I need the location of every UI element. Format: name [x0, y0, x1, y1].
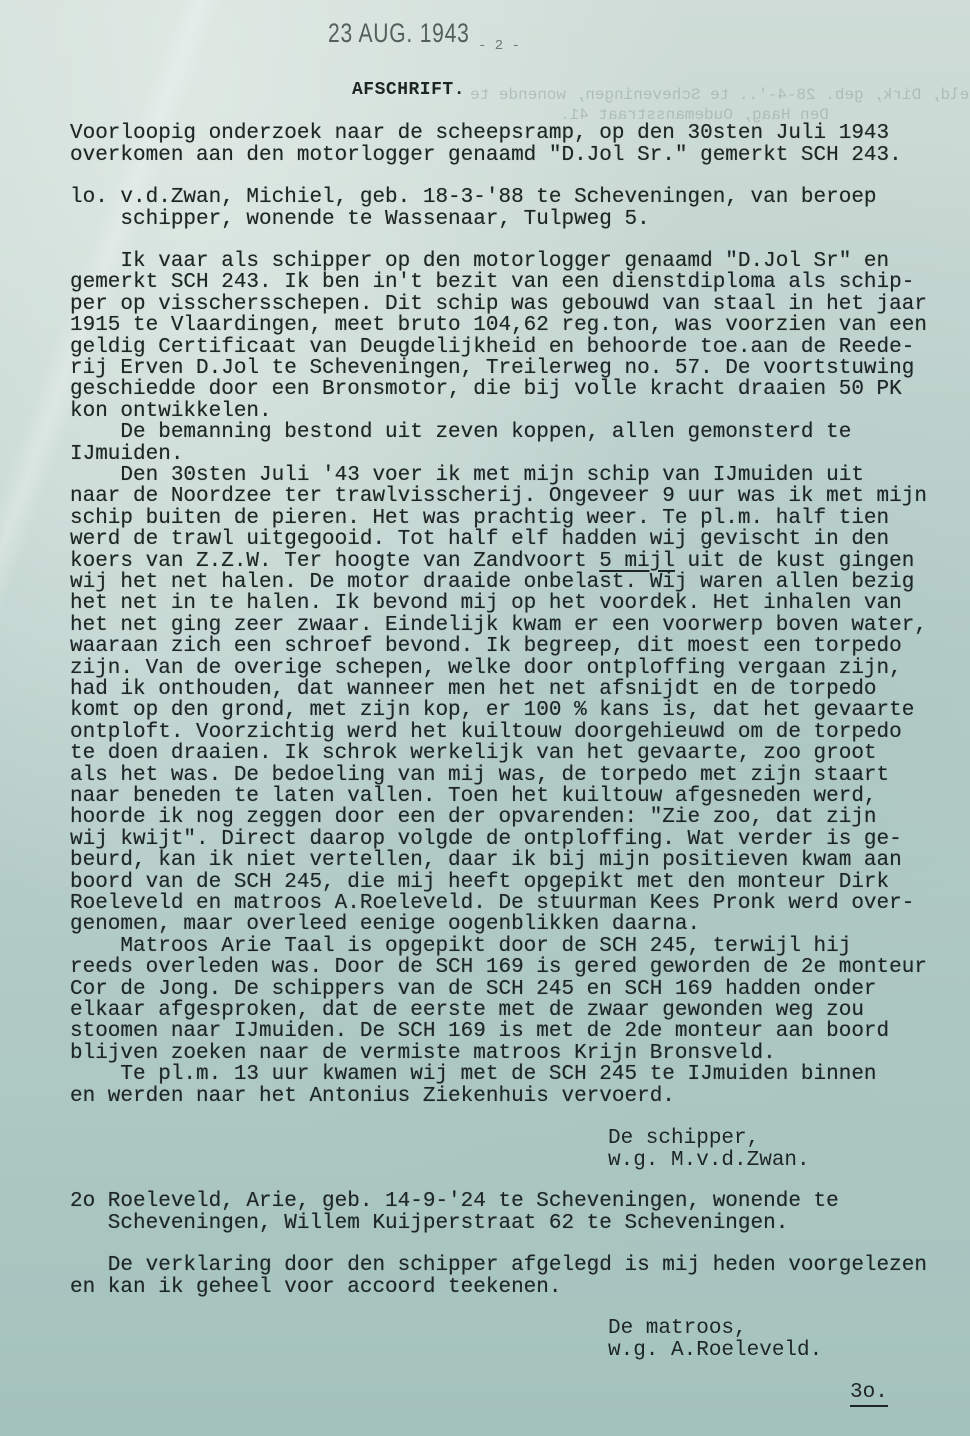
statement-line: wij kwijt". Direct daarop volgde de ontp…	[70, 828, 902, 851]
statement-line: schip buiten de pieren. Het was prachtig…	[70, 507, 889, 530]
statement-line: rij Erven D.Jol te Scheveningen, Treiler…	[70, 357, 914, 380]
statement-line: komt op den grond, met zijn kop, er 100 …	[70, 699, 914, 722]
signature-role: De schipper,	[608, 1128, 759, 1149]
statement-line: geschiedde door een Bronsmotor, die bij …	[70, 378, 902, 401]
witness-header-line: lo. v.d.Zwan, Michiel, geb. 18-3-'88 te …	[70, 186, 877, 209]
statement-line: naar beneden te laten vallen. Toen het k…	[70, 785, 877, 808]
statement-line: Matroos Arie Taal is opgepikt door de SC…	[70, 935, 851, 958]
statement-line: te doen draaien. Ik schrok werkelijk van…	[70, 742, 877, 765]
signature-name: w.g. A.Roeleveld.	[608, 1340, 822, 1361]
statement-line: kon ontwikkelen.	[70, 400, 272, 423]
statement-line: en kan ik geheel voor accoord teekenen.	[70, 1276, 561, 1299]
statement-line: Roeleveld en matroos A.Roeleveld. De stu…	[70, 892, 914, 915]
statement-line: en werden naar het Antonius Ziekenhuis v…	[70, 1085, 675, 1108]
witness-header-line: Scheveningen, Willem Kuijperstraat 62 te…	[70, 1212, 788, 1235]
statement-line: genomen, maar overleed eenige oogenblikk…	[70, 913, 700, 936]
statement-line: reeds overleden was. Door de SCH 169 is …	[70, 956, 927, 979]
document-title: AFSCHRIFT.	[352, 80, 465, 100]
intro-line: overkomen aan den motorlogger genaamd "D…	[70, 144, 902, 167]
statement-line: waaraan zich een schroef bevond. Ik begr…	[70, 635, 902, 658]
statement-line: elkaar afgesproken, dat de eerste met de…	[70, 999, 864, 1022]
statement-line: als het was. De bedoeling van mij was, d…	[70, 764, 889, 787]
statement-line: beurd, kan ik niet vertellen, daar ik bi…	[70, 849, 902, 872]
statement-line: Te pl.m. 13 uur kwamen wij met de SCH 24…	[70, 1063, 877, 1086]
statement-line: geldig Certificaat van Deugdelijkheid en…	[70, 336, 914, 359]
statement-line: Ik vaar als schipper op den motorlogger …	[70, 250, 889, 273]
statement-line: koers van Z.Z.W. Ter hoogte van Zandvoor…	[70, 550, 914, 573]
date-stamp: 23 AUG. 1943	[328, 18, 470, 49]
witness-header-line: schipper, wonende te Wassenaar, Tulpweg …	[70, 208, 650, 231]
statement-line: IJmuiden.	[70, 443, 183, 466]
statement-line: werd de trawl uitgegooid. Tot half elf h…	[70, 528, 889, 551]
statement-line: per op visschersschepen. Dit schip was g…	[70, 293, 927, 316]
statement-line: blijven zoeken naar de vermiste matroos …	[70, 1042, 776, 1065]
statement-line: De verklaring door den schipper afgelegd…	[70, 1254, 927, 1277]
intro-line: Voorloopig onderzoek naar de scheepsramp…	[70, 122, 889, 145]
statement-line: ontploft. Voorzichtig werd het kuiltouw …	[70, 721, 902, 744]
statement-line: stoomen naar IJmuiden. De SCH 169 is met…	[70, 1020, 889, 1043]
statement-line: De bemanning bestond uit zeven koppen, a…	[70, 421, 851, 444]
bleed-through-line: 3o. Roeleveld, Dirk, geb. 28-4-'.. te Sc…	[470, 86, 970, 104]
statement-line: het net in te halen. Ik bevond mij op he…	[70, 592, 902, 615]
page-number: - 2 -	[478, 38, 520, 54]
underlined-distance: 5 mijl	[599, 550, 675, 573]
statement-line: Den 30sten Juli '43 voer ik met mijn sch…	[70, 464, 864, 487]
statement-line: wij het net halen. De motor draaide onbe…	[70, 571, 914, 594]
statement-line: boord van de SCH 245, die mij heeft opge…	[70, 871, 889, 894]
statement-line: hoorde ik nog zeggen door een der opvare…	[70, 806, 877, 829]
statement-line: Cor de Jong. De schippers van de SCH 245…	[70, 978, 877, 1001]
statement-line: zijn. Van de overige schepen, welke door…	[70, 657, 902, 680]
signature-name: w.g. M.v.d.Zwan.	[608, 1150, 810, 1171]
witness-header-line: 2o Roeleveld, Arie, geb. 14-9-'24 te Sch…	[70, 1190, 839, 1213]
continuation-marker: 3o.	[850, 1382, 888, 1407]
statement-line: naar de Noordzee ter trawlvisscherij. On…	[70, 485, 927, 508]
statement-line: het net ging zeer zwaar. Eindelijk kwam …	[70, 614, 927, 637]
statement-line: gemerkt SCH 243. Ik ben in't bezit van e…	[70, 271, 914, 294]
statement-line: had ik onthouden, dat wanneer men het ne…	[70, 678, 877, 701]
signature-role: De matroos,	[608, 1318, 747, 1339]
statement-line: 1915 te Vlaardingen, meet bruto 104,62 r…	[70, 314, 927, 337]
